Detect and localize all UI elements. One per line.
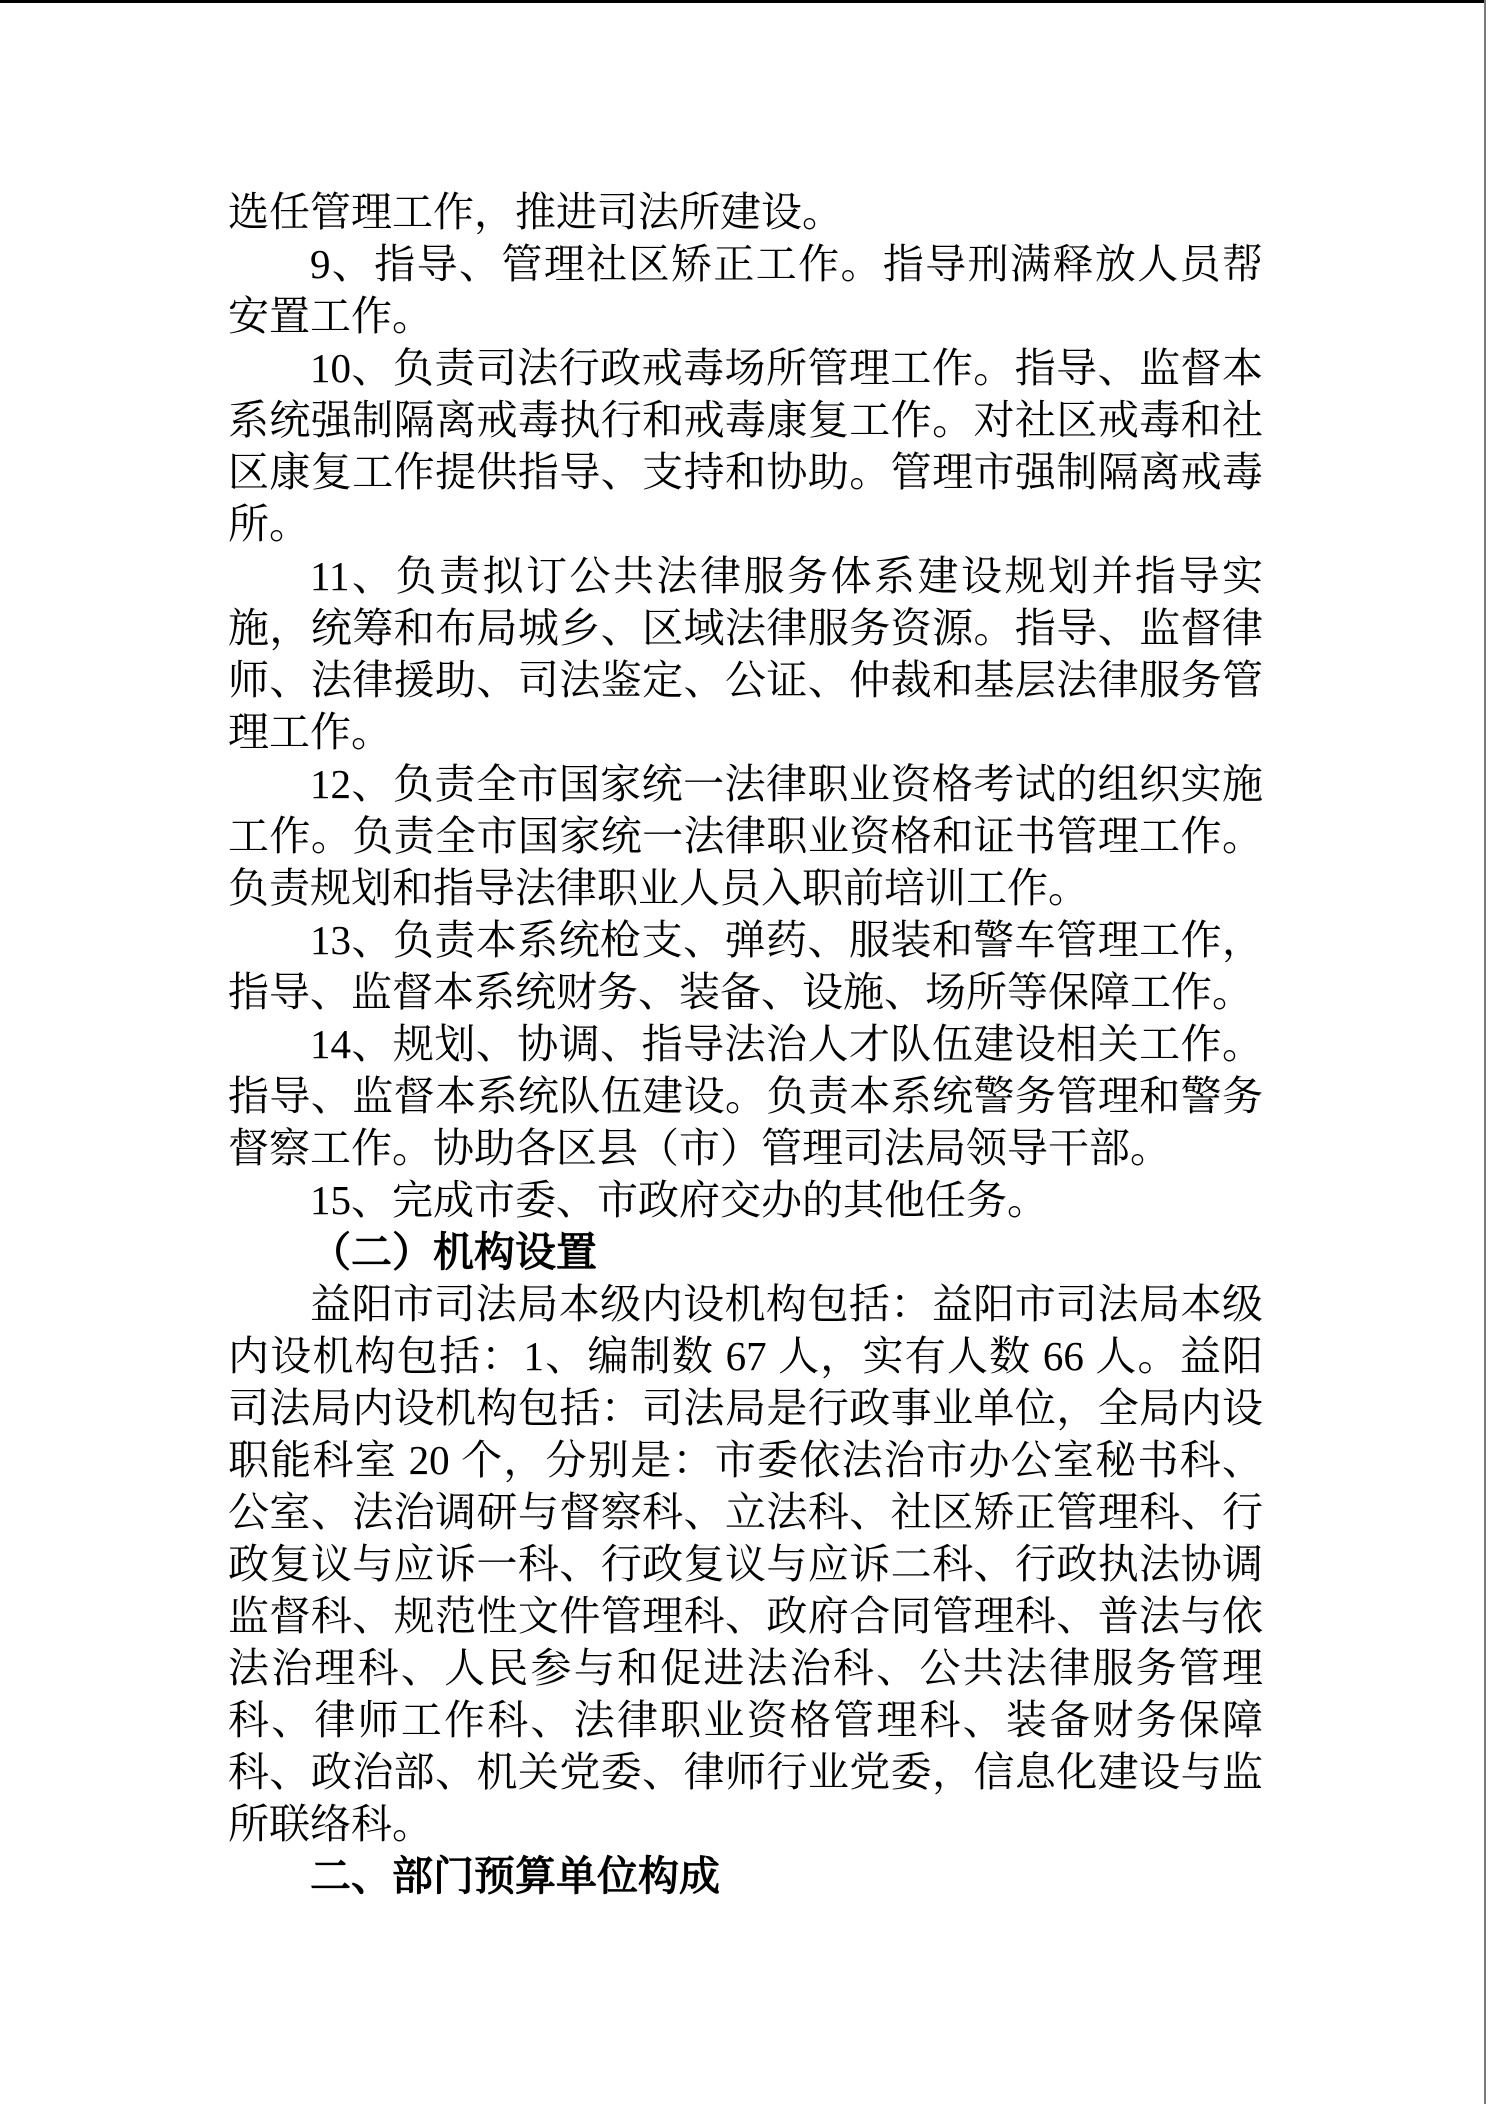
section-heading: 二、部门预算单位构成 (228, 1850, 1263, 1902)
text-line: 10、负责司法行政戒毒场所管理工作。指导、监督本 (228, 342, 1263, 394)
text-line: 所。 (228, 498, 1263, 550)
text-line: 工作。负责全市国家统一法律职业资格和证书管理工作。 (228, 810, 1263, 862)
text-line: 职能科室 20 个，分别是：市委依法治市办公室秘书科、办 (228, 1434, 1263, 1486)
text-line: 系统强制隔离戒毒执行和戒毒康复工作。对社区戒毒和社 (228, 394, 1263, 446)
text-line: 督察工作。协助各区县（市）管理司法局领导干部。 (228, 1122, 1263, 1174)
text-line: 法治理科、人民参与和促进法治科、公共法律服务管理 (228, 1642, 1263, 1694)
text-line: 理工作。 (228, 706, 1263, 758)
text-line: 指导、监督本系统队伍建设。负责本系统警务管理和警务 (228, 1070, 1263, 1122)
text-line: 13、负责本系统枪支、弹药、服装和警车管理工作， (228, 914, 1263, 966)
text-line: 11、负责拟订公共法律服务体系建设规划并指导实 (228, 550, 1263, 602)
text-line: 科、律师工作科、法律职业资格管理科、装备财务保障 (228, 1694, 1263, 1746)
text-line: 司法局内设机构包括：司法局是行政事业单位，全局内设 (228, 1382, 1263, 1434)
page-right-border (1484, 0, 1486, 2104)
document-page: 选任管理工作，推进司法所建设。9、指导、管理社区矫正工作。指导刑满释放人员帮教安… (0, 0, 1488, 2104)
text-line: 指导、监督本系统财务、装备、设施、场所等保障工作。 (228, 966, 1263, 1018)
text-line: 科、政治部、机关党委、律师行业党委，信息化建设与监 (228, 1746, 1263, 1798)
text-line: 15、完成市委、市政府交办的其他任务。 (228, 1174, 1263, 1226)
document-body: 选任管理工作，推进司法所建设。9、指导、管理社区矫正工作。指导刑满释放人员帮教安… (228, 186, 1263, 1902)
text-line: 12、负责全市国家统一法律职业资格考试的组织实施 (228, 758, 1263, 810)
text-line: 公室、法治调研与督察科、立法科、社区矫正管理科、行 (228, 1486, 1263, 1538)
text-line: 9、指导、管理社区矫正工作。指导刑满释放人员帮教 (228, 238, 1263, 290)
text-line: 负责规划和指导法律职业人员入职前培训工作。 (228, 862, 1263, 914)
section-heading: （二）机构设置 (228, 1226, 1263, 1278)
text-line: 内设机构包括：1、编制数 67 人，实有人数 66 人。益阳市 (228, 1330, 1263, 1382)
text-line: 区康复工作提供指导、支持和协助。管理市强制隔离戒毒 (228, 446, 1263, 498)
text-line: 施，统筹和布局城乡、区域法律服务资源。指导、监督律 (228, 602, 1263, 654)
page-top-border (0, 0, 1486, 3)
text-line: 益阳市司法局本级内设机构包括：益阳市司法局本级 (228, 1278, 1263, 1330)
text-line: 选任管理工作，推进司法所建设。 (228, 186, 1263, 238)
text-line: 监督科、规范性文件管理科、政府合同管理科、普法与依 (228, 1590, 1263, 1642)
text-line: 安置工作。 (228, 290, 1263, 342)
text-line: 政复议与应诉一科、行政复议与应诉二科、行政执法协调 (228, 1538, 1263, 1590)
text-line: 所联络科。 (228, 1798, 1263, 1850)
text-line: 师、法律援助、司法鉴定、公证、仲裁和基层法律服务管 (228, 654, 1263, 706)
text-line: 14、规划、协调、指导法治人才队伍建设相关工作。 (228, 1018, 1263, 1070)
